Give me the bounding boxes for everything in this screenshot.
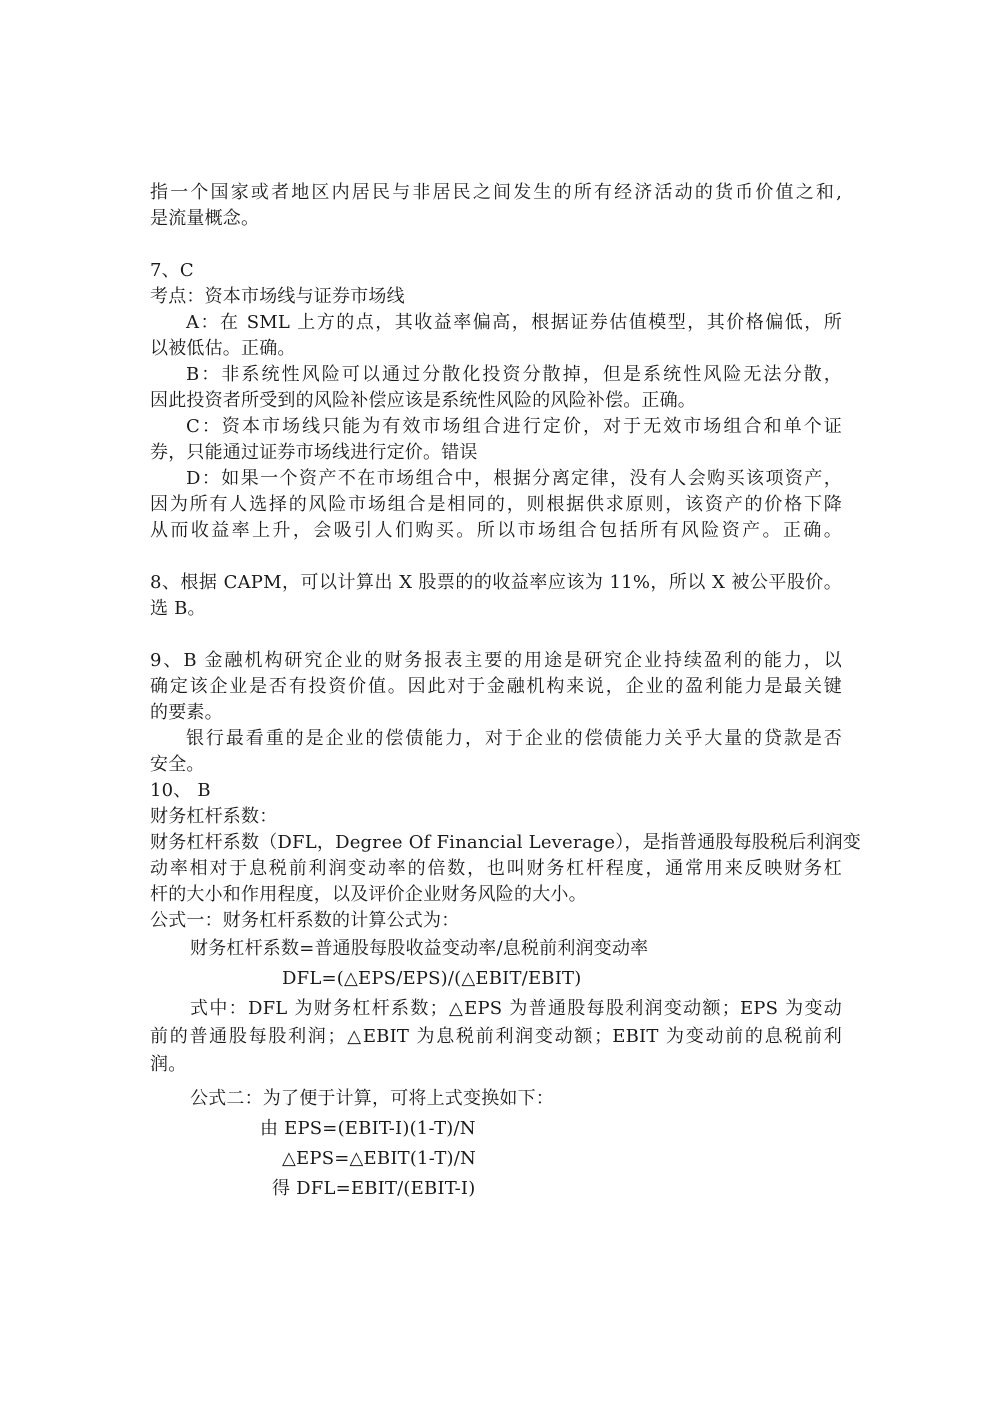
formula-text: 财务杠杆系数=普通股每股收益变动率/息税前利润变动率 [190,936,648,962]
paragraph-line: 是流量概念。 [150,206,259,232]
paragraph-line: 式中：DFL 为财务杠杆系数；△EPS 为普通股每股利润变动额；EPS 为变动 [190,996,842,1022]
answer-label: 7、C [150,258,194,284]
paragraph-line: D：如果一个资产不在市场组合中，根据分离定律，没有人会购买该项资产， [186,466,842,492]
formula-step: 得 DFL=EBIT/(EBIT-I) [272,1176,475,1202]
paragraph-line: 以被低估。正确。 [150,336,296,362]
paragraph-line: B：非系统性风险可以通过分散化投资分散掉，但是系统性风险无法分散， [186,362,842,388]
document-page: 指一个国家或者地区内居民与非居民之间发生的所有经济活动的货币价值之和, 是流量概… [0,0,992,1403]
paragraph-line: 8、根据 CAPM，可以计算出 X 股票的的收益率应该为 11%，所以 X 被公… [150,570,842,596]
paragraph-line: C：资本市场线只能为有效市场组合进行定价，对于无效市场组合和单个证 [186,414,842,440]
paragraph-line: 选 B。 [150,596,206,622]
paragraph-line: 9、B 金融机构研究企业的财务报表主要的用途是研究企业持续盈利的能力，以 [150,648,842,674]
formula-title: 公式二：为了便于计算，可将上式变换如下： [190,1086,554,1112]
paragraph-line: 动率相对于息税前利润变动率的倍数，也叫财务杠杆程度，通常用来反映财务杠 [150,856,842,882]
answer-label: 10、 B [150,778,211,804]
formula-symbolic: DFL=(△EPS/EPS)/(△EBIT/EBIT) [282,966,581,992]
paragraph-line: 的要素。 [150,700,223,726]
paragraph-line: 券，只能通过证券市场线进行定价。错误 [150,440,478,466]
paragraph-line: 因此投资者所受到的风险补偿应该是系统性风险的风险补偿。正确。 [150,388,696,414]
paragraph-line: 银行最看重的是企业的偿债能力，对于企业的偿债能力关乎大量的贷款是否 [186,726,842,752]
paragraph-line: 从而收益率上升，会吸引人们购买。所以市场组合包括所有风险资产。正确。 [150,518,842,544]
section-heading: 财务杠杆系数： [150,804,277,830]
paragraph-line: 因为所有人选择的风险市场组合是相同的，则根据供求原则，该资产的价格下降 [150,492,842,518]
paragraph-line: 杆的大小和作用程度，以及评价企业财务风险的大小。 [150,882,587,908]
paragraph-line: 前的普通股每股利润；△EBIT 为息税前利润变动额；EBIT 为变动前的息税前利 [150,1024,842,1050]
formula-title: 公式一：财务杠杆系数的计算公式为： [150,908,459,934]
paragraph-line: 指一个国家或者地区内居民与非居民之间发生的所有经济活动的货币价值之和, [150,180,842,206]
paragraph-line: A：在 SML 上方的点，其收益率偏高，根据证券估值模型，其价格偏低，所 [186,310,842,336]
paragraph-line: 安全。 [150,752,205,778]
formula-step: 由 EPS=(EBIT-I)(1-T)/N [260,1116,476,1142]
topic-heading: 考点：资本市场线与证券市场线 [150,284,405,310]
paragraph-line: 确定该企业是否有投资价值。因此对于金融机构来说，企业的盈利能力是最关键 [150,674,842,700]
paragraph-line: 财务杠杆系数（DFL，Degree Of Financial Leverage）… [150,830,842,856]
formula-step: △EPS=△EBIT(1-T)/N [282,1146,476,1172]
paragraph-line: 润。 [150,1052,186,1078]
